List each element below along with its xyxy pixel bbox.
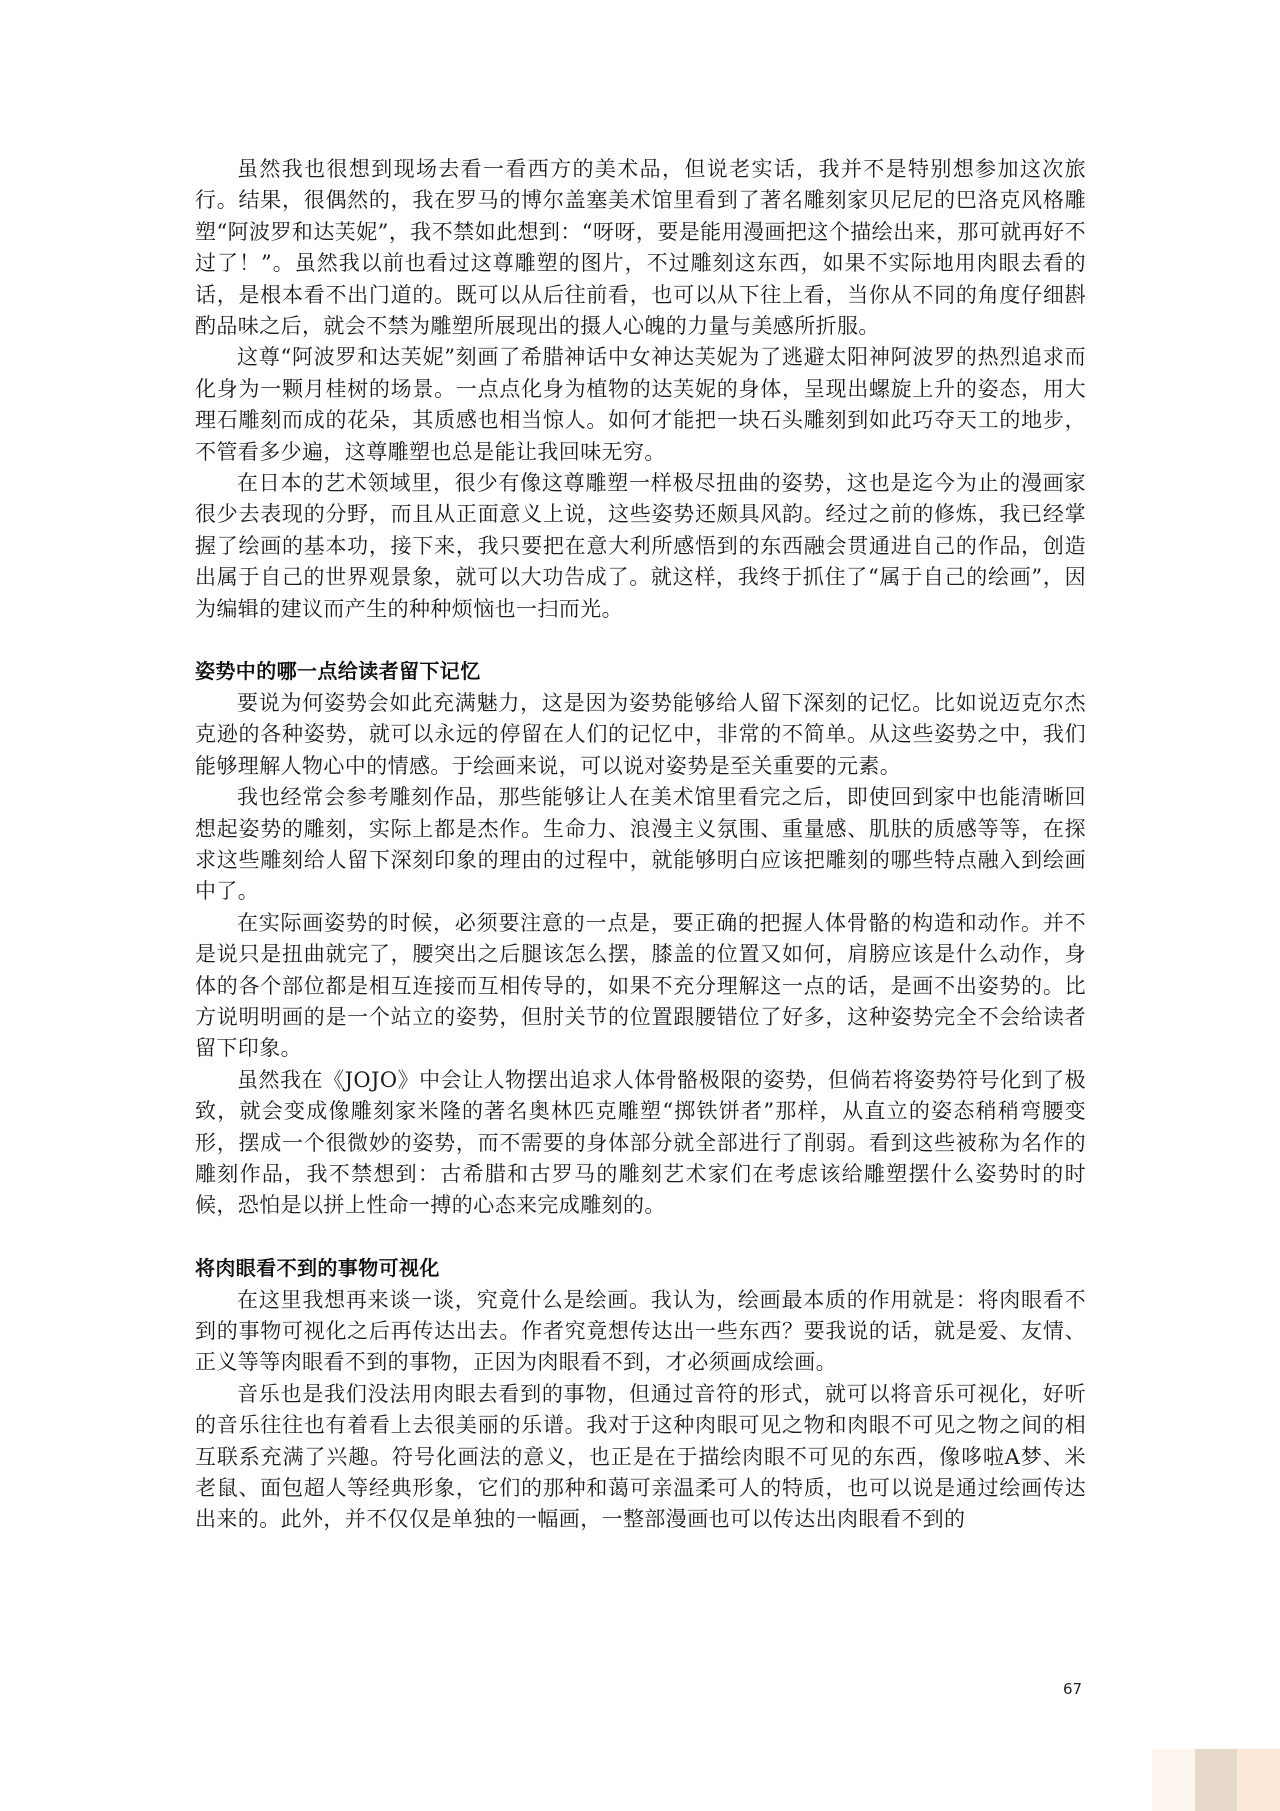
decorative-block	[1237, 1749, 1280, 1811]
paragraph: 虽然我也很想到现场去看一看西方的美术品，但说老实话，我并不是特别想参加这次旅行。…	[195, 154, 1086, 342]
paragraph: 在日本的艺术领域里，很少有像这尊雕塑一样极尽扭曲的姿势，这也是迄今为止的漫画家很…	[195, 468, 1086, 625]
decorative-block	[1152, 1749, 1195, 1811]
paragraph: 要说为何姿势会如此充满魅力，这是因为姿势能够给人留下深刻的记忆。比如说迈克尔杰克…	[195, 688, 1086, 782]
decorative-color-strip	[1152, 1749, 1280, 1811]
paragraph: 在实际画姿势的时候，必须要注意的一点是，要正确的把握人体骨骼的构造和动作。并不是…	[195, 908, 1086, 1065]
paragraph: 我也经常会参考雕刻作品，那些能够让人在美术馆里看完之后，即使回到家中也能清晰回想…	[195, 782, 1086, 908]
paragraph: 音乐也是我们没法用肉眼去看到的事物，但通过音符的形式，就可以将音乐可视化，好听的…	[195, 1379, 1086, 1536]
section-heading: 姿势中的哪一点给读者留下记忆	[195, 656, 1086, 687]
paragraph: 在这里我想再来谈一谈，究竟什么是绘画。我认为，绘画最本质的作用就是：将肉眼看不到…	[195, 1285, 1086, 1379]
paragraph: 虽然我在《JOJO》中会让人物摆出追求人体骨骼极限的姿势，但倘若将姿势符号化到了…	[195, 1065, 1086, 1222]
page-body: 虽然我也很想到现场去看一看西方的美术品，但说老实话，我并不是特别想参加这次旅行。…	[195, 154, 1086, 1536]
paragraph: 这尊“阿波罗和达芙妮”刻画了希腊神话中女神达芙妮为了逃避太阳神阿波罗的热烈追求而…	[195, 342, 1086, 468]
page-number: 67	[1063, 1680, 1082, 1698]
decorative-block	[1195, 1749, 1238, 1811]
section-heading: 将肉眼看不到的事物可视化	[195, 1253, 1086, 1284]
